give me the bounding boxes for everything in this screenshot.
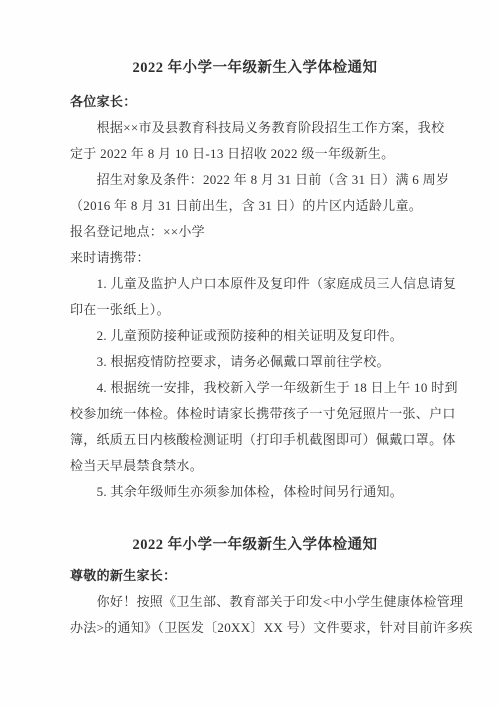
notice-1: 2022 年小学一年级新生入学体检通知 各位家长： 根据××市及县教育科技局义务… [70,56,440,505]
notice1-title: 2022 年小学一年级新生入学体检通知 [70,56,440,80]
notice1-salutation: 各位家长： [70,89,440,115]
notice1-paragraph-intro: 根据××市及县教育科技局义务教育阶段招生工作方案，我校 定于 2022 年 8 … [70,115,440,167]
notice2-salutation: 尊敬的新生家长： [70,563,440,589]
notice1-list-item-5: 5. 其余年级师生亦须参加体检，体检时间另行通知。 [70,479,440,505]
document-page: 2022 年小学一年级新生入学体检通知 各位家长： 根据××市及县教育科技局义务… [0,0,500,707]
notice2-paragraph-intro: 你好！按照《卫生部、教育部关于印发<中小学生健康体检管理 办法>的通知》（卫医发… [70,589,440,641]
notice1-list-item-2: 2. 儿童预防接种证或预防接种的相关证明及复印件。 [70,323,440,349]
notice1-paragraph-eligibility: 招生对象及条件：2022 年 8 月 31 日前（含 31 日）满 6 周岁 （… [70,167,440,219]
notice1-list-item-3: 3. 根据疫情防控要求，请务必佩戴口罩前往学校。 [70,349,440,375]
notice1-paragraph-location: 报名登记地点：××小学 [70,219,440,245]
notice1-list-item-4: 4. 根据统一安排，我校新入学一年级新生于 18 日上午 10 时到 校参加统一… [70,375,440,479]
notice1-paragraph-bring-heading: 来时请携带： [70,245,440,271]
notice2-title: 2022 年小学一年级新生入学体检通知 [70,533,440,557]
notice-2: 2022 年小学一年级新生入学体检通知 尊敬的新生家长： 你好！按照《卫生部、教… [70,533,440,641]
notice1-list-item-1: 1. 儿童及监护人户口本原件及复印件（家庭成员三人信息请复 印在一张纸上）。 [70,271,440,323]
